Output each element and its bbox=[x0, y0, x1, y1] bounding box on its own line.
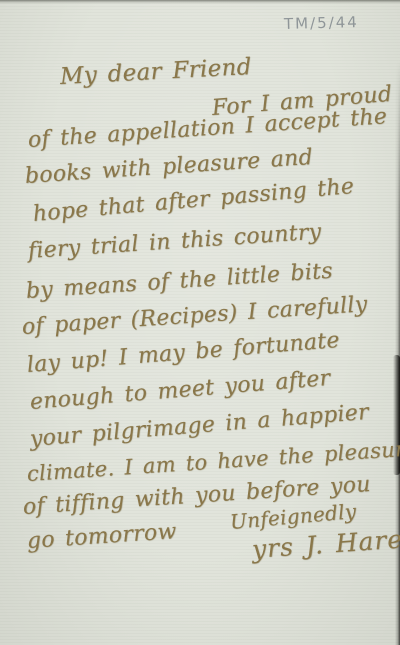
salutation: My dear Friend bbox=[59, 56, 252, 89]
letter-line: go tomorrow bbox=[26, 521, 177, 553]
paper-top-edge-shadow bbox=[0, 0, 400, 4]
valediction: Unfeignedly bbox=[229, 501, 357, 532]
letter-line: fiery trial in this country bbox=[27, 222, 322, 263]
signature: yrs J. Hare bbox=[251, 526, 400, 561]
letter-line: of the appellation I accept the bbox=[27, 106, 388, 152]
paper-right-edge-shadow bbox=[395, 60, 400, 645]
letter-scan: TM/5/44 My dear Friend For I am proud of… bbox=[0, 0, 400, 645]
archival-reference: TM/5/44 bbox=[284, 13, 359, 33]
